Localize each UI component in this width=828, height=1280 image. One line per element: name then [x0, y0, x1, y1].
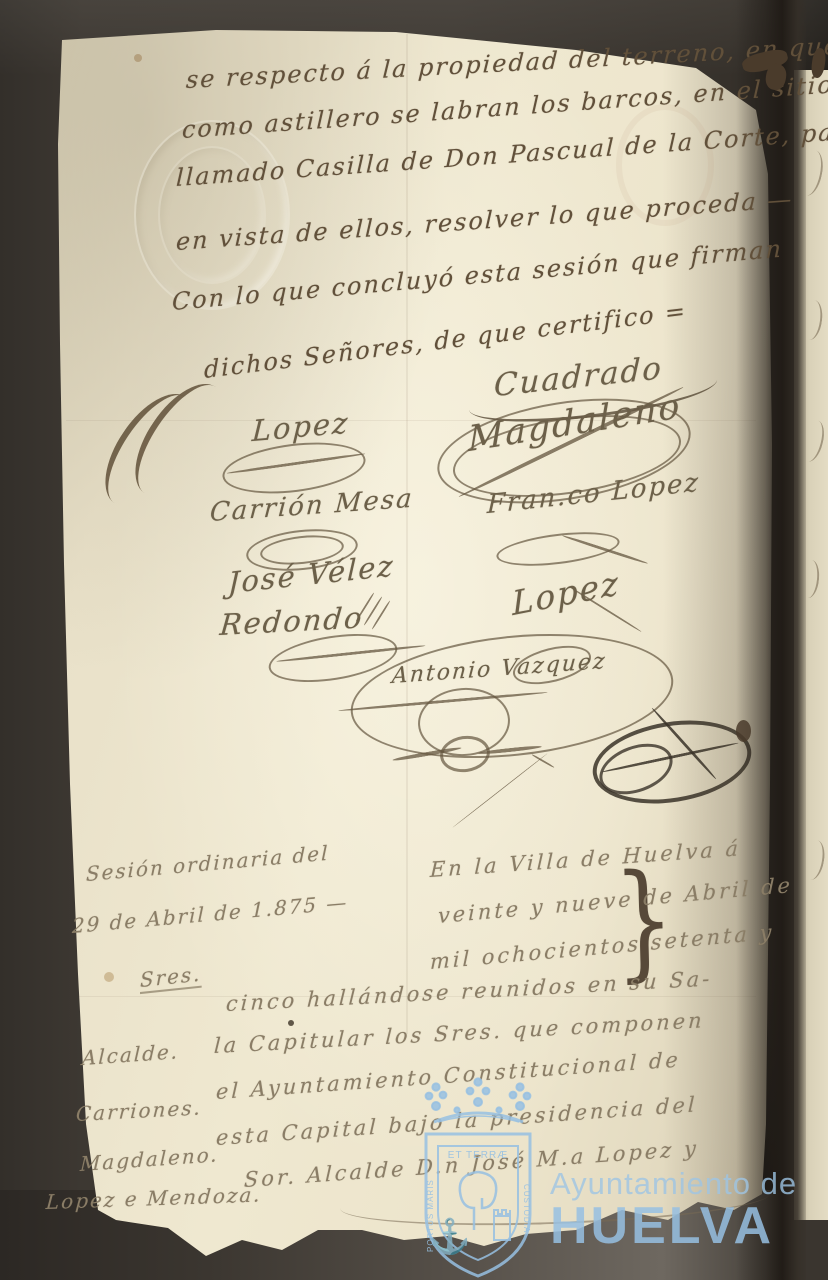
- archive-photo: se respecto á la propiedad del terreno, …: [0, 0, 828, 1280]
- watermark-text-line2: HUELVA: [550, 1196, 774, 1256]
- stain: [606, 20, 618, 32]
- stain: [42, 624, 62, 650]
- ink-speck: [288, 1020, 294, 1026]
- stain: [36, 896, 52, 912]
- stain: [134, 54, 142, 62]
- watermark-logo: ⚓ ET TERRÆ PORTUS MARIS CUSTODIA Ayuntam…: [404, 1058, 804, 1280]
- motto-top: ET TERRÆ: [448, 1150, 508, 1161]
- anchor-icon: ⚓: [429, 1217, 471, 1257]
- huelva-coat-of-arms: ⚓ ET TERRÆ PORTUS MARIS CUSTODIA: [416, 1076, 541, 1280]
- ink-blob: [736, 720, 751, 742]
- stain: [104, 972, 114, 982]
- motto-right: CUSTODIA: [522, 1184, 531, 1233]
- stain: [28, 1110, 46, 1128]
- motto-left: PORTUS MARIS: [426, 1179, 435, 1252]
- fold-crease: [406, 34, 408, 1034]
